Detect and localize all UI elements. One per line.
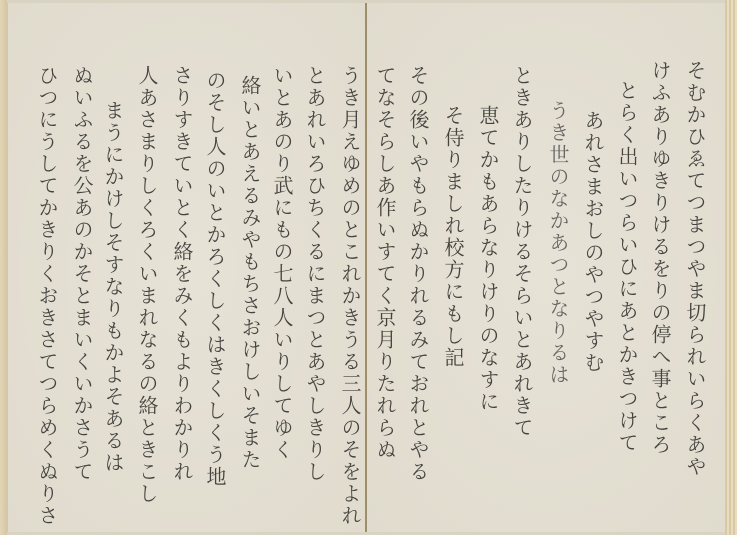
open-manuscript-book: そむかひゑてつまつやま切られいらくあや けふありゆきりけるをりの停へ事ところ と… — [0, 0, 737, 535]
left-page-column-2: とあれいろひちくるにまつとあやしきりし — [305, 65, 325, 483]
right-page-column-7: 恵てかもあらなりけりのなすに — [478, 105, 498, 413]
right-page-column-4: あれさまおしのやつやすむ — [583, 110, 603, 374]
book-gutter — [365, 3, 367, 532]
left-page-column-10: ひつにうしてかきりくおきさてつらめくぬりさ — [37, 65, 57, 527]
right-page-column-1: そむかひゑてつまつやま切られいらくあや — [685, 60, 705, 478]
right-page-column-10: てなそらしあ作いすてく京月りたれらぬ — [375, 65, 395, 461]
left-page-column-5: のそし人のいとかろくしくはきくしくう地 — [205, 70, 225, 488]
right-page-column-8: そ侍りましれ校方にもし記 — [443, 105, 463, 369]
right-page-column-2: けふありゆきりけるをりの停へ事ところ — [650, 60, 670, 456]
left-page-column-6: さりすきていとく絡をみくもよりわかりれ — [172, 65, 192, 483]
left-page-column-8: まうにかけしそすなりもかよそあるは — [103, 100, 123, 474]
left-page-column-9: ぬいふるを公あのかそとまいくいかさうて — [72, 65, 92, 483]
right-page-column-5: うき世のなかあつとなりるは — [548, 100, 568, 386]
right-page-column-3: とらく出いつらいひにあとかきつけて — [617, 80, 637, 454]
right-page-column-6: ときありしたりけるそらいとあれきて — [512, 65, 532, 439]
left-page-column-3: いとあのり武にもの七八人いりしてゆく — [272, 65, 292, 461]
left-page-column-1: うき月えゆめのとこれかきうる三人のそをよれ — [340, 65, 360, 527]
left-page-column-7: 人あさまりしくろくいまれなるの絡ときこし — [137, 65, 157, 505]
left-page-column-4: 絡いとあえるみやもちさおけしいそまた — [240, 75, 260, 471]
right-page-edges — [725, 0, 737, 535]
right-page-column-9: その後いやもらぬかりれるみておれとやる — [408, 65, 428, 483]
